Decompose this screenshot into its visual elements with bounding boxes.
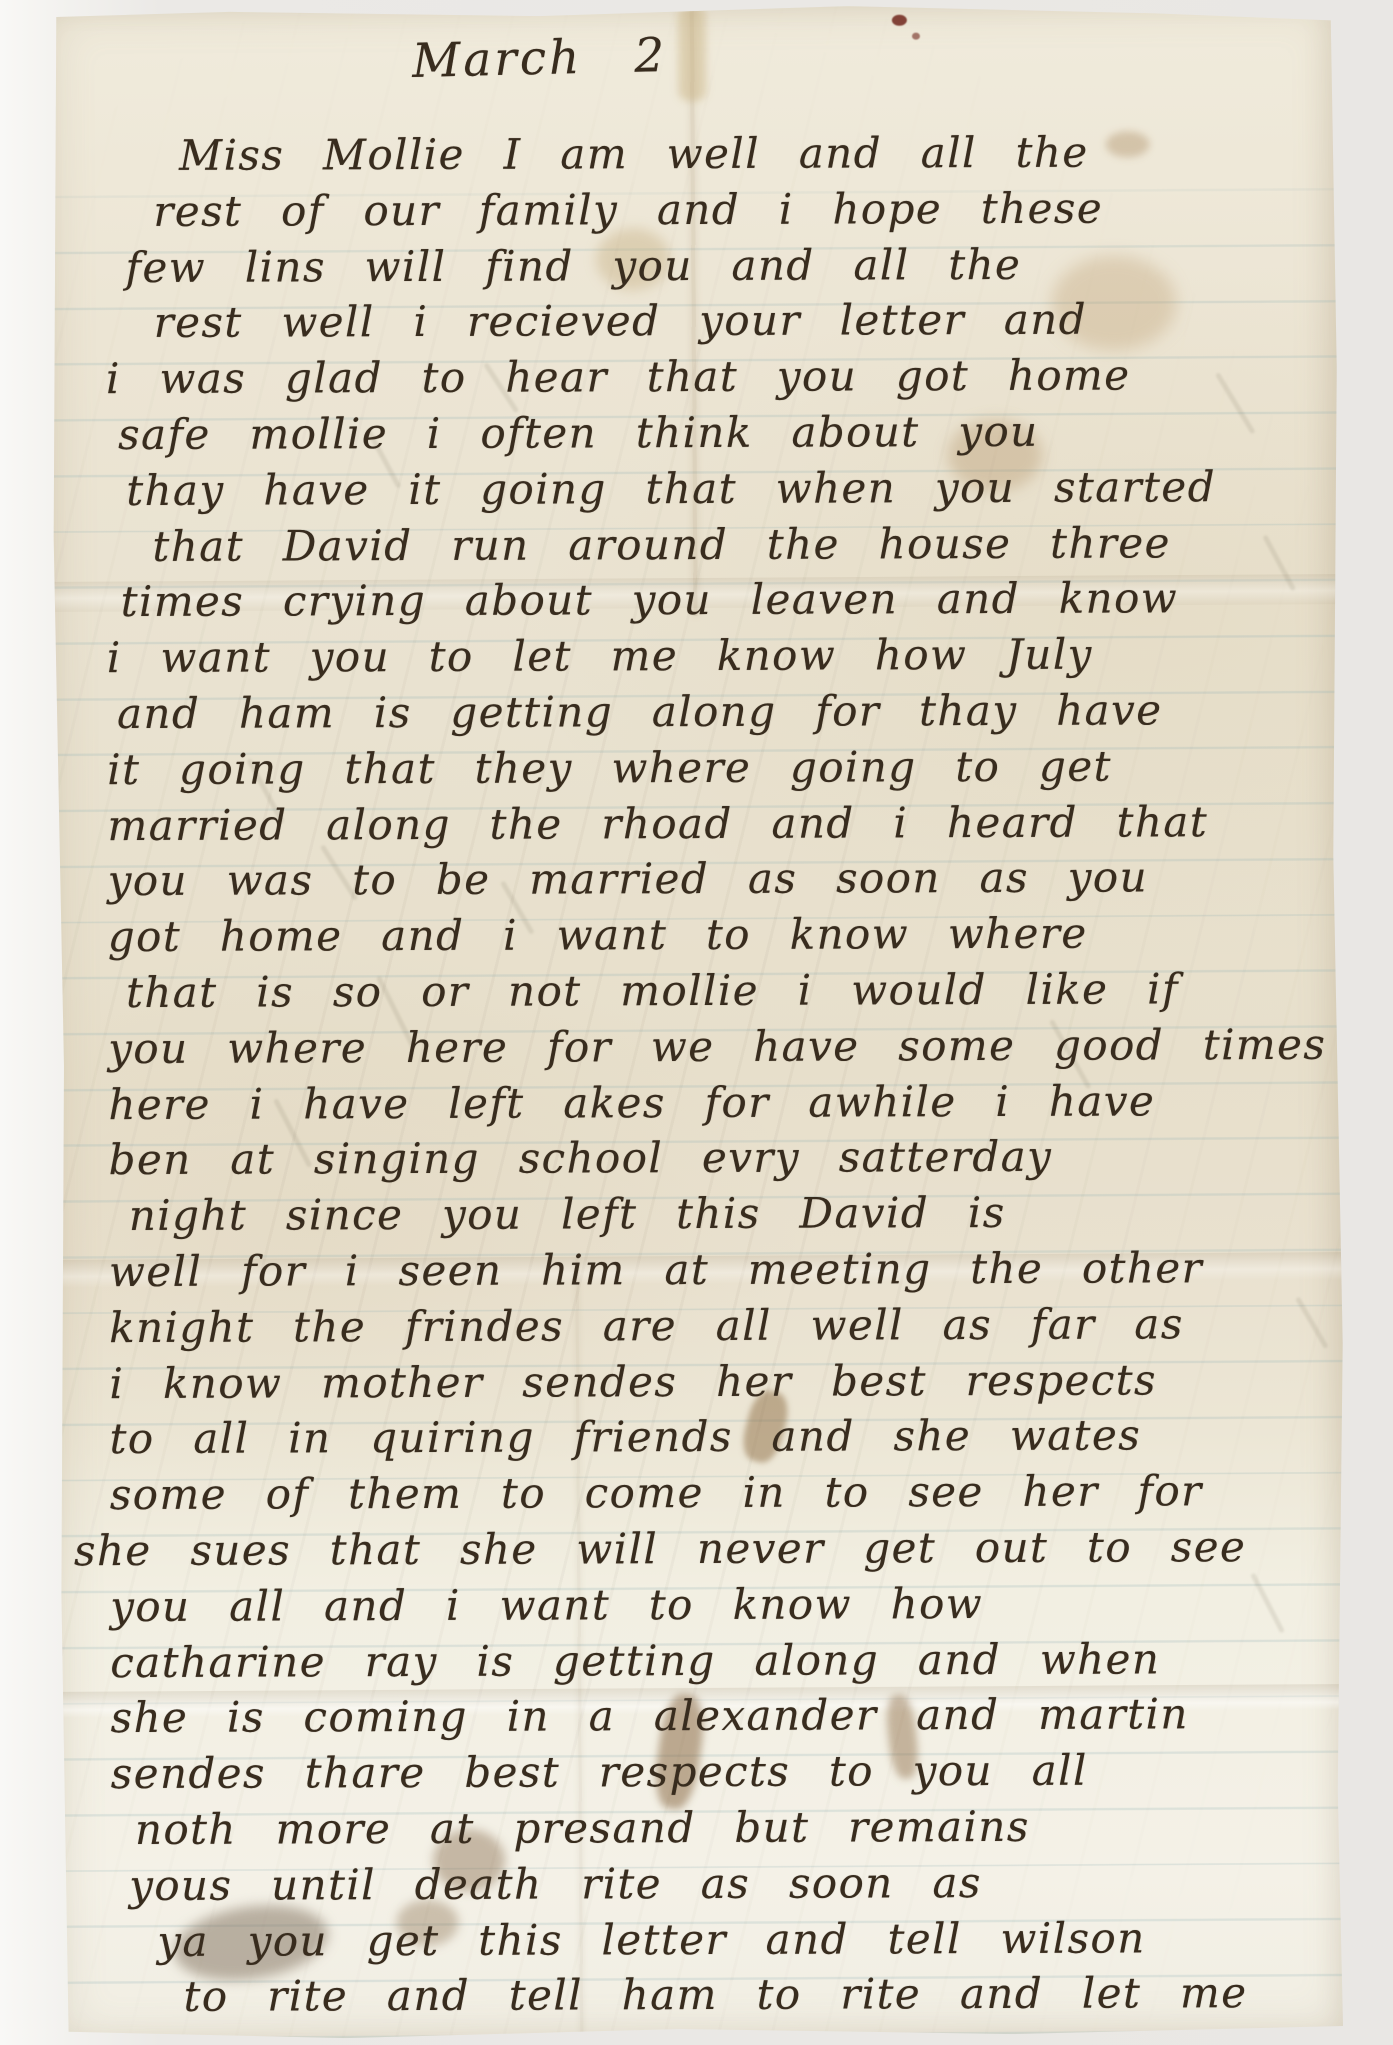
letter-line: few lins will find you and all the <box>53 235 1329 295</box>
letter-line: Miss Mollie I am well and all the <box>53 124 1329 184</box>
letter-line: safe mollie i often think about you <box>54 403 1330 463</box>
letter-line: rest of our family and i hope these <box>53 180 1329 240</box>
letter-line: you was to be married as soon as you <box>56 849 1332 909</box>
letter-line: she is coming in a alexander and martin <box>58 1686 1334 1746</box>
letter-line: ben at singing school evry satterday <box>57 1128 1333 1188</box>
letter-line: yous until death rite as soon as <box>59 1854 1335 1914</box>
letter-line: ya you get this letter and tell wilson <box>59 1909 1335 1969</box>
letter-line: well for i seen him at meeting the other <box>57 1240 1333 1300</box>
letter-page: March 2 Miss Mollie I am well and all th… <box>50 2 1348 2042</box>
letter-line: you where here for we have some good tim… <box>56 1017 1332 1077</box>
letter-line: rest well i recieved your letter and <box>54 291 1330 351</box>
letter-line: and ham is getting along for thay have <box>55 682 1331 742</box>
letter-line: here i have left akes for awhile i have <box>56 1072 1332 1132</box>
letter-line: some of them to come in to see her for <box>58 1463 1334 1523</box>
page-background: { "document": { "date_heading": "March 2… <box>0 0 1393 2045</box>
letter-line: thay have it going that when you started <box>54 459 1330 519</box>
letter-body: Miss Mollie I am well and all therest of… <box>53 124 1336 2026</box>
letter-line: noth more at presand but remains <box>59 1798 1335 1858</box>
letter-line: i was glad to hear that you got home <box>54 347 1330 407</box>
letter-line: night since you left this David is <box>57 1184 1333 1244</box>
letter-date: March 2 <box>411 28 667 89</box>
letter-line: that David run around the house three <box>54 514 1330 574</box>
letter-line: catharine ray is getting along and when <box>58 1630 1334 1690</box>
letter-line: i want you to let me know how July <box>55 626 1331 686</box>
letter-line: to all in quiring friends and she wates <box>57 1407 1333 1467</box>
letter-line: i know mother sendes her best respects <box>57 1351 1333 1411</box>
letter-line: she sues that she will never get out to … <box>58 1519 1334 1579</box>
letter-line: that is so or not mollie i would like if <box>56 961 1332 1021</box>
letter-line: sendes thare best respects to you all <box>59 1742 1335 1802</box>
letter-line: times crying about you leaven and know <box>55 570 1331 630</box>
letter-line: it going that they where going to get <box>55 738 1331 798</box>
letter-line: married along the rhoad and i heard that <box>55 793 1331 853</box>
letter-line: knight the frindes are all well as far a… <box>57 1296 1333 1356</box>
letter-line: you all and i want to know how <box>58 1575 1334 1635</box>
letter-line: to rite and tell ham to rite and let me <box>59 1965 1335 2025</box>
letter-line: got home and i want to know where <box>56 905 1332 965</box>
